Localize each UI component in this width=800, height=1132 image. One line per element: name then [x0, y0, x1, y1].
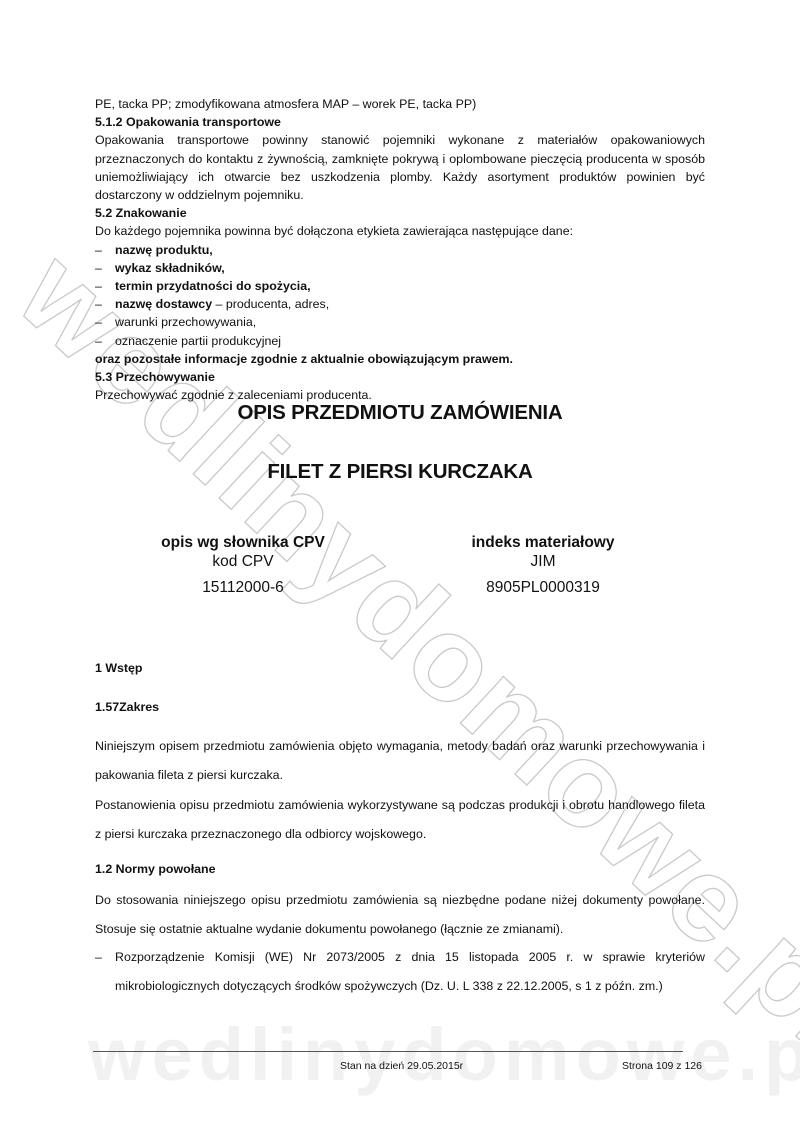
list-item: nazwę dostawcy – producenta, adres, [95, 295, 705, 313]
document-page: wedlinydomowe.pl wedlinydomowe.pl PE, ta… [0, 0, 800, 1132]
paragraph-5-1-2: Opakowania transportowe powinny stanowić… [95, 131, 705, 204]
list-item: warunki przechowywania, [95, 313, 705, 331]
footer-date: Stan na dzień 29.05.2015r [340, 1060, 463, 1072]
paragraph-5-2-intro: Do każdego pojemnika powinna być dołączo… [95, 222, 705, 240]
list-item: oznaczenie partii produkcyjnej [95, 332, 705, 350]
list-item: nazwę produktu, [95, 241, 705, 259]
page-number: Strona 109 z 126 [622, 1060, 702, 1072]
section-5-continuation: PE, tacka PP; zmodyfikowana atmosfera MA… [95, 95, 705, 404]
list-item: wykaz składników, [95, 259, 705, 277]
list-item: termin przydatności do spożycia, [95, 277, 705, 295]
paragraph-scope-1: Niniejszym opisem przedmiotu zamówienia … [95, 732, 705, 790]
footer-watermark: wedlinydomowe.pl [88, 1018, 800, 1092]
cpv-code: 15112000-6 [113, 578, 373, 598]
document-title: OPIS PRZEDMIOTU ZAMÓWIENIA [0, 401, 800, 425]
material-index-heading: indeks materiałowy [413, 533, 673, 553]
heading-5-3: 5.3 Przechowywanie [95, 368, 705, 386]
paragraph-5-2-outro: oraz pozostałe informacje zgodnie z aktu… [95, 350, 705, 368]
footer-divider [93, 1051, 683, 1052]
norm-list-item: – Rozporządzenie Komisji (WE) Nr 2073/20… [95, 943, 705, 1001]
cpv-column: opis wg słownika CPV kod CPV 15112000-6 [113, 533, 373, 598]
heading-5-1-2: 5.1.2 Opakowania transportowe [95, 113, 705, 131]
cpv-heading: opis wg słownika CPV [113, 533, 373, 553]
material-index-code: 8905PL0000319 [413, 578, 673, 598]
heading-5-2: 5.2 Znakowanie [95, 204, 705, 222]
paragraph-scope-2: Postanowienia opisu przedmiotu zamówieni… [95, 791, 705, 849]
heading-1: 1 Wstęp [95, 661, 705, 675]
material-index-label: JIM [413, 552, 673, 572]
heading-1-57: 1.57Zakres [95, 700, 705, 714]
dash-bullet: – [95, 943, 102, 972]
cpv-label: kod CPV [113, 552, 373, 572]
norm-text: Rozporządzenie Komisji (WE) Nr 2073/2005… [95, 943, 705, 1001]
continuation-line: PE, tacka PP; zmodyfikowana atmosfera MA… [95, 95, 705, 113]
product-title: FILET Z PIERSI KURCZAKA [0, 460, 800, 484]
heading-1-2: 1.2 Normy powołane [95, 862, 705, 876]
paragraph-norms: Do stosowania niniejszego opisu przedmio… [95, 886, 705, 944]
labeling-list: nazwę produktu, wykaz składników, termin… [95, 241, 705, 350]
material-index-column: indeks materiałowy JIM 8905PL0000319 [413, 533, 673, 598]
